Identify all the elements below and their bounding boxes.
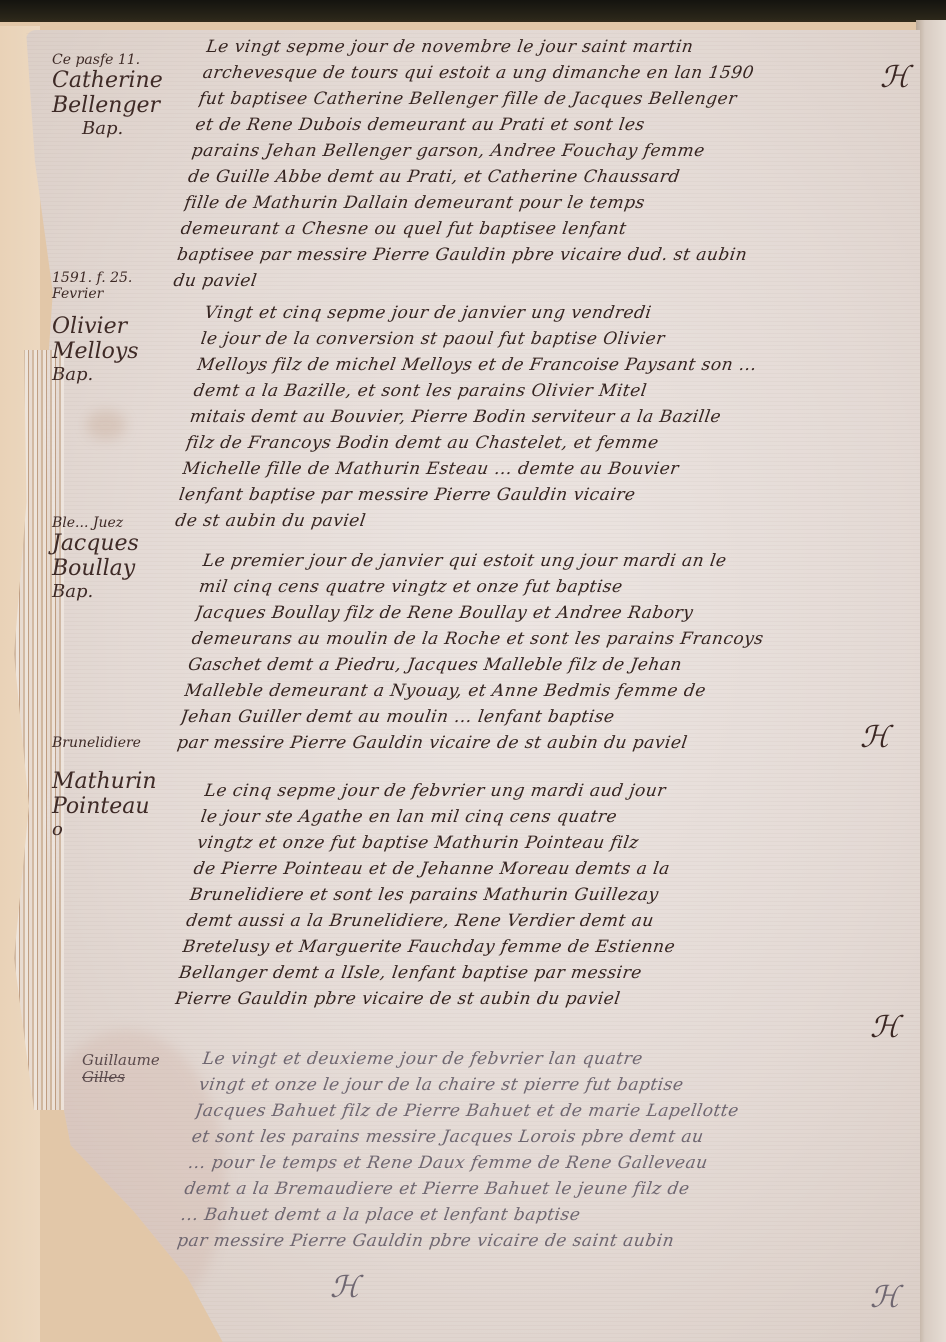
baptism-entry-5: Le vingt et deuxieme jour de febvrier la… (175, 1046, 924, 1254)
margin-label: o (52, 820, 157, 841)
entry-line: du paviel (172, 268, 896, 294)
margin-name-last: Bellenger (52, 93, 163, 118)
entry-line: Michelle fille de Mathurin Esteau ... de… (181, 456, 905, 482)
signature-flourish-icon: ℋ (330, 1270, 360, 1305)
entry-line: Le premier jour de janvier qui estoit un… (201, 548, 925, 574)
entry-line: vingtz et onze fut baptise Mathurin Poin… (195, 830, 919, 856)
entry-line: baptisee par messire Pierre Gauldin pbre… (175, 242, 899, 268)
entry-line: vingt et onze le jour de la chaire st pi… (197, 1072, 921, 1098)
margin-note-header: Brunelidiere (52, 735, 157, 751)
entry-line: demt aussi a la Brunelidiere, Rene Verdi… (185, 908, 909, 934)
signature-flourish-icon: ℋ (870, 1280, 900, 1315)
margin-name-first: Olivier (52, 314, 142, 339)
margin-note-catherine-bellenger: Ce pasfe 11. Catherine Bellenger Bap. (52, 52, 163, 139)
baptism-entry-3: Le premier jour de janvier qui estoit un… (175, 548, 924, 756)
signature-flourish-icon: ℋ (880, 60, 910, 95)
entry-line: ... Bahuet demt a la place et lenfant ba… (179, 1202, 903, 1228)
entry-line: le jour de la conversion st paoul fut ba… (199, 326, 923, 352)
margin-note-header: Ble... Juez (52, 515, 139, 531)
entry-line: demeurant a Chesne ou quel fut baptisee … (179, 216, 903, 242)
margin-note-guillaume-gilles: Guillaume Gilles (82, 1052, 160, 1087)
margin-label: Bap. (52, 119, 163, 140)
entry-line: Pierre Gauldin pbre vicaire de st aubin … (174, 986, 898, 1012)
margin-note-mathurin-pointeau: Brunelidiere Mathurin Pointeau o (52, 735, 157, 840)
entry-line: Jehan Guiller demt au moulin ... lenfant… (179, 704, 903, 730)
entry-line: Jacques Boullay filz de Rene Boullay et … (194, 600, 918, 626)
signature-flourish-icon: ℋ (860, 720, 890, 755)
margin-name-first: Mathurin (52, 769, 157, 794)
margin-note-header: Ce pasfe 11. (52, 52, 163, 68)
margin-note-header: 1591. f. 25. Fevrier (52, 270, 142, 302)
margin-label: Bap. (52, 365, 142, 386)
entry-line: Le cinq sepme jour de febvrier ung mardi… (203, 778, 927, 804)
baptism-entry-1: Le vingt sepme jour de novembre le jour … (172, 34, 929, 294)
entry-line: et sont les parains messire Jacques Loro… (190, 1124, 914, 1150)
entry-line: lenfant baptise par messire Pierre Gauld… (177, 482, 901, 508)
entry-line: Jacques Bahuet filz de Pierre Bahuet et … (194, 1098, 918, 1124)
baptism-entry-2: Vingt et cinq sepme jour de janvier ung … (174, 300, 927, 534)
entry-line: mil cinq cens quatre vingtz et onze fut … (197, 574, 921, 600)
entry-line: Malleble demeurant a Nyouay, et Anne Bed… (183, 678, 907, 704)
margin-name-last: Pointeau (52, 794, 157, 819)
entry-line: Vingt et cinq sepme jour de janvier ung … (203, 300, 927, 326)
entry-line: Brunelidiere et sont les parains Mathuri… (188, 882, 912, 908)
entry-line: le jour ste Agathe en lan mil cinq cens … (199, 804, 923, 830)
entry-line: demeurans au moulin de la Roche et sont … (190, 626, 914, 652)
baptism-entry-4: Le cinq sepme jour de febvrier ung mardi… (174, 778, 927, 1012)
entry-line: de Pierre Pointeau et de Jehanne Moreau … (192, 856, 916, 882)
entry-line: fut baptisee Catherine Bellenger fille d… (197, 86, 921, 112)
entry-line: Bretelusy et Marguerite Fauchday femme d… (181, 934, 905, 960)
margin-name-last: Boullay (52, 556, 139, 581)
entry-line: Melloys filz de michel Melloys et de Fra… (195, 352, 919, 378)
entry-line: ... pour le temps et Rene Daux femme de … (186, 1150, 910, 1176)
entry-line: Bellanger demt a lIsle, lenfant baptise … (177, 960, 901, 986)
entry-line: fille de Mathurin Dallain demeurant pour… (183, 190, 907, 216)
entry-line: parains Jehan Bellenger garson, Andree F… (190, 138, 914, 164)
entry-line: demt a la Bremaudiere et Pierre Bahuet l… (183, 1176, 907, 1202)
entry-line: filz de Francoys Bodin demt au Chastelet… (185, 430, 909, 456)
entry-line: par messire Pierre Gauldin pbre vicaire … (175, 1228, 899, 1254)
margin-name-first: Jacques (52, 531, 139, 556)
entry-line: demt a la Bazille, et sont les parains O… (192, 378, 916, 404)
entry-line: et de Rene Dubois demeurant au Prati et … (194, 112, 918, 138)
entry-line: mitais demt au Bouvier, Pierre Bodin ser… (188, 404, 912, 430)
margin-label: Bap. (52, 582, 139, 603)
adjacent-page-edge (916, 20, 946, 1342)
margin-note-olivier-melloys: 1591. f. 25. Fevrier Olivier Melloys Bap… (52, 270, 142, 385)
entry-line: de Guille Abbe demt au Prati, et Catheri… (186, 164, 910, 190)
entry-line: Gaschet demt a Piedru, Jacques Malleble … (186, 652, 910, 678)
margin-name-last: Melloys (52, 339, 142, 364)
entry-line: Le vingt sepme jour de novembre le jour … (205, 34, 929, 60)
entry-line: par messire Pierre Gauldin vicaire de st… (175, 730, 899, 756)
ink-stain (86, 410, 126, 440)
entry-line: de st aubin du paviel (174, 508, 898, 534)
margin-name-last: Gilles (82, 1069, 160, 1086)
margin-note-jacques-boullay: Ble... Juez Jacques Boullay Bap. (52, 515, 139, 602)
entry-line: archevesque de tours qui estoit a ung di… (201, 60, 925, 86)
margin-name-first: Catherine (52, 68, 163, 93)
signature-flourish-icon: ℋ (870, 1010, 900, 1045)
margin-name-first: Guillaume (82, 1052, 160, 1069)
entry-line: Le vingt et deuxieme jour de febvrier la… (201, 1046, 925, 1072)
